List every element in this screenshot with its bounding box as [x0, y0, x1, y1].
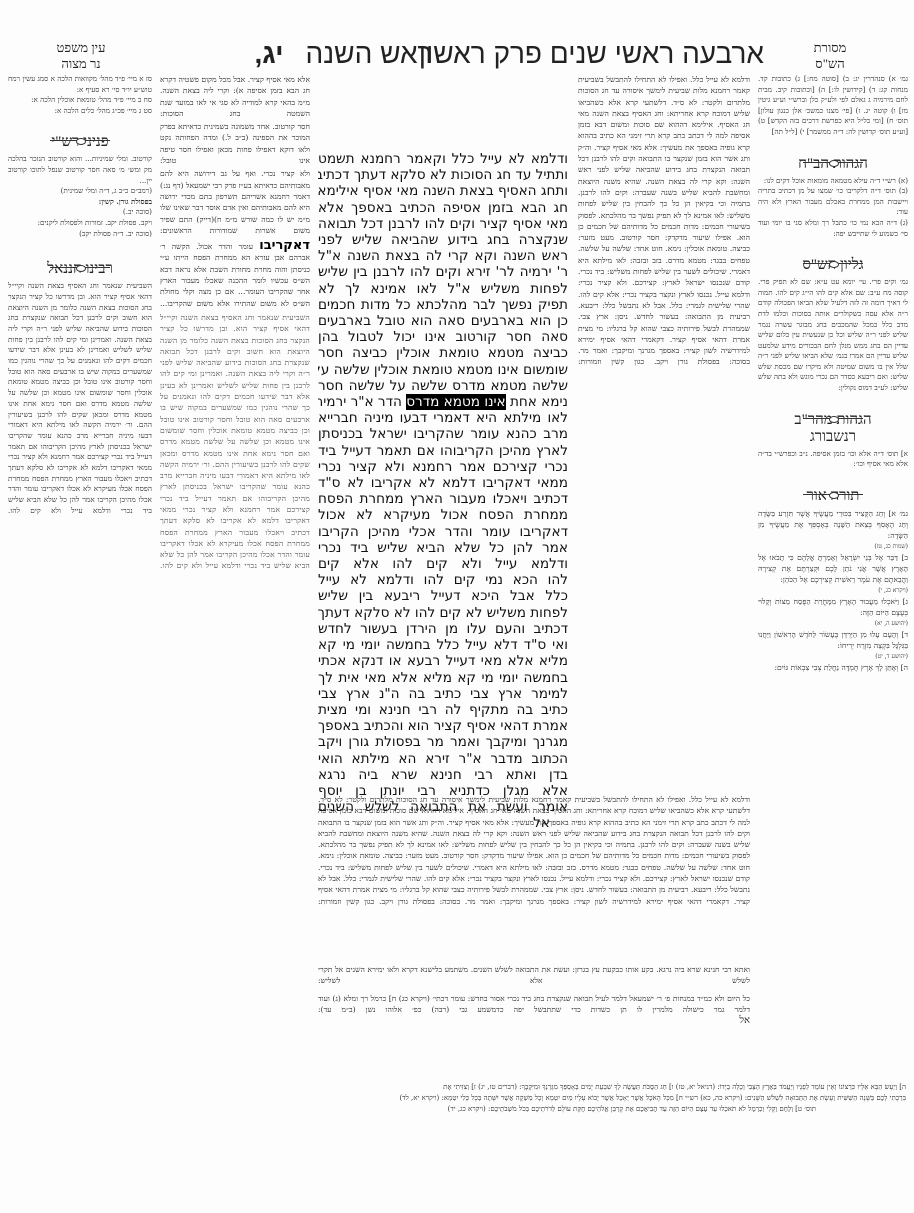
- gemara-text-fragment: נימא אחת: [506, 394, 568, 410]
- torah-or-ref: (שמות כג, טז): [758, 541, 908, 552]
- hashas-label: הש"ס: [800, 56, 860, 72]
- torah-or-entries: גמ׳ א] וְחַג הַקָּצִיר בִּכּוּרֵי מַעֲשֶ…: [758, 508, 908, 673]
- pninei-rashi-entry: בפסולת גורן. קשין:: [8, 197, 152, 208]
- gemara-line: ממחרת הפסח אכול מעיקרא לא אכול: [318, 507, 568, 523]
- tosafot-text: חסר קורטוב. אחד משמונה בשמינית כדאיתא בפ…: [160, 122, 310, 165]
- torah-or-verse: ה] וְאֶתֵּן לָךְ אֶרֶץ חֶמְדָּה נַחֲלַת …: [758, 662, 908, 673]
- gemara-line: מליא אלא מאי דעייל רבעא או דנקא אכתי: [318, 653, 568, 669]
- gemara-line: סאה חסר קורטוב אינו יכול לטבול בהן: [318, 329, 568, 345]
- pninei-rashi-entry: ויקב. פסולת יקב. זמורות ולפסולת ליקנים:: [8, 218, 152, 229]
- torah-or-verse: ב] דַּבֵּר אֶל בְּנֵי יִשְׂרָאֵל וְאָמַר…: [758, 552, 908, 585]
- tosafot-continuation-text: השביעית שנאמר וחג האסיף בצאת השנה וקיי״ל…: [160, 312, 310, 572]
- torah-or-ref: (ויקרא כג, י): [758, 585, 908, 596]
- gemara-line: לפחות משליש לא קים להו לא סלקא דעתך: [318, 605, 568, 621]
- gemara-line: להו הכא נמי קים להו ודלמא לא עייל: [318, 572, 568, 588]
- gemara-line: כביצה מטמא טומאת אוכלין כביצה חסר: [318, 345, 568, 361]
- ornament-divider: [758, 144, 908, 154]
- ornament-divider: [8, 122, 152, 132]
- gemara-line: מרב כהנא עומר שהקריבו ישראל בכניסתן: [318, 426, 568, 442]
- tosafot-text: אלא מאי אסיף קציר. אבל מכל מקום פשטיה דק…: [160, 75, 310, 118]
- ein-mishpat-heading: עין משפט נר מצוה: [46, 40, 116, 72]
- ein-mishpat-entry: סז א מיי׳ פ״ד מהל׳ מקוואות הלכה א סמג עש…: [8, 74, 152, 95]
- daf-number: יג,: [244, 38, 294, 70]
- gemara-line: הכתוב מדבר א"ר זירא הא מילתא הואי: [318, 751, 568, 767]
- rashi-column: ודלמא לא עייל כלל. ואפילו לא התחילו להתב…: [578, 74, 750, 794]
- rashi-bottom-end: ואתא רבי חנינא שרא ביה נרגא. בקע אותו כב…: [318, 964, 750, 1026]
- tosafot-paragraph: ולא קציר נכרי. ואף על גב דירושה היא להם …: [160, 168, 310, 236]
- masoret-hashas-text: גמ׳ א) סנהדרין יג: ב) [סוטה מח:] ג) כתוב…: [758, 74, 908, 138]
- gemara-line: לפחות משליש א"ל לאו אמינא לך לא: [318, 281, 568, 297]
- tractate-title: ראש השנה: [294, 38, 444, 70]
- gemara-line: ותתיל עד חג הסוכות לא סלקא דעתך דכתיב: [318, 167, 568, 183]
- gemara-line: מאי אסיף קציר וקים להו לרבנן דכל תבואה: [318, 216, 568, 232]
- chapter-title: ארבעה ראשי שנים פרק ראשון: [419, 38, 764, 70]
- gemara-line: כתיב בה מתקיף לה רבי חנינא ומי מצית: [318, 702, 568, 718]
- gemara-line: לאו מילתא היא דאמרי דבעו מיניה חברייא: [318, 410, 568, 426]
- gemara-line: ממאי דאקריבו דלמא לא אקריבו לא ס"ד: [318, 475, 568, 491]
- gemara-line: דכתיב והעם עלו מן הירדן בעשור לחדש: [318, 621, 568, 637]
- verse-reference-line: בִּרְכָתִי לָכֶם בַּשָּׁנָה הַשִּׁשִּׁית…: [8, 1093, 906, 1104]
- gemara-line: כלל אבל היכא דעייל ריבעא בין שליש: [318, 588, 568, 604]
- torah-or-ref: (יהושע ה, יא): [758, 618, 908, 629]
- torah-or-verse: ג] וַיֹּאכְלוּ מֵעֲבוּר הָאָרֶץ מִמָּחֳר…: [758, 596, 908, 618]
- ornament-divider: [758, 400, 908, 410]
- pninei-rashi-source: (סוכה יב.): [8, 207, 152, 218]
- tosafot-paragraph: דאקריבו עומר והדר אכול. הקשה ר׳ אברהם אב…: [160, 240, 310, 309]
- pninei-rashi-entries: קורטוב. ומלי שמיניות... והוא קורטוב הנזכ…: [8, 154, 152, 239]
- page-catchword: אל: [318, 1015, 750, 1026]
- gemara-line: מגרנך ומיקבך ואמר מר בפסולת גורן ויקב: [318, 734, 568, 750]
- gemara-line: כן הוא בארבעים סאה הוא טובל בארבעים: [318, 313, 568, 329]
- gemara-line: שלשה מטמא מדרס שלשה על שלשה חסר: [318, 378, 568, 394]
- gemara-line: ותחג האסיף בצאת השנה מאי אסיף אילימא: [318, 183, 568, 199]
- left-margin-column: סז א מיי׳ פ״ד מהל׳ מקוואות הלכה א סמג עש…: [8, 74, 152, 517]
- torah-or-verse: ד] וְהָעָם עָלוּ מִן הַיַּרְדֵּן בֶּעָשׂ…: [758, 629, 908, 651]
- gemara-line: חג הבא בזמן אסיפה הכתיב באספך אלא: [318, 200, 568, 216]
- ein-mishpat-entries: סז א מיי׳ פ״ד מהל׳ מקוואות הלכה א סמג עש…: [8, 74, 152, 116]
- gemara-line: שנקצרה בחג בידוע שהביאה שליש לפני: [318, 232, 568, 248]
- selected-text-highlight[interactable]: אינו מטמא מדרס: [406, 394, 505, 410]
- gemara-line: לארץ מהיכן הקריבוהו אם תאמר דעייל ביד: [318, 443, 568, 459]
- torah-or-verse: גמ׳ א] וְחַג הַקָּצִיר בִּכּוּרֵי מַעֲשֶ…: [758, 508, 908, 541]
- gemara-line: בחמשה יומי מי קא מליא אלא מאי אית לך: [318, 670, 568, 686]
- gemara-text: ודלמא לא עייל כלל וקאמר רחמנא תשמט ותתיל…: [318, 151, 568, 832]
- hagahot-maharav-subtitle: רנשבורג: [758, 429, 908, 446]
- pninei-rashi-source: (רמב״ם כ״ב ג, ד״ה ומלי שמינית): [8, 186, 152, 197]
- masoret-hashas-heading: מסורת הש"ס: [800, 40, 860, 72]
- gemara-line: נכרי קצירכם אמר רחמנא ולא קציר נכרי: [318, 459, 568, 475]
- gemara-line: שומשום אינו מטמא טומאת אוכלין שלשה על: [318, 362, 568, 378]
- tosafot-paragraph: אלא מאי אסיף קציר. אבל מכל מקום פשטיה דק…: [160, 74, 310, 119]
- gemara-line: ודלמא לא עייל כלל וקאמר רחמנא תשמט: [318, 151, 568, 167]
- rashi-text: כל היום ולא כמ״ד במנחות פ׳ ר׳ ישמעאל דלמ…: [318, 993, 750, 1016]
- hagahot-maharav-text: א] תוס׳ ד״ה אלא וכו׳ בזמן אסיפה. נ״ב וכפ…: [758, 449, 908, 470]
- tosafot-dibbur-hamatchil: דאקריבו: [259, 238, 310, 253]
- gilyon-hashas-text: גמ׳ וקים פרי. עי׳ יומא עט ע״א: שם לא תפי…: [758, 277, 908, 394]
- hagahot-habach-entry: (ב) תוס׳ ד״ה דלקריבו כו׳ שמצו על מן דכתי…: [758, 186, 908, 218]
- gemara-line: תפיק נפשך לבר מהלכתא כל מדות חכמים: [318, 297, 568, 313]
- ner-mitzvah-label: נר מצוה: [46, 56, 116, 72]
- ein-mishpat-entry: סח ב מיי׳ פ״ד מהל׳ טומאת אוכלין הלכה א:: [8, 95, 152, 106]
- gemara-line: למימר ארץ צבי כתיב בה ה"נ ארץ צבי: [318, 686, 568, 702]
- gemara-line: אמרת דהאי אסיף קציר הוא והכתיב באספך: [318, 718, 568, 734]
- gemara-line: בדן ואתא רבי חנינא שרא ביה נרגא: [318, 767, 568, 783]
- pninei-rashi-source: (סוכה יב. ד״ה פסולת יקב): [8, 229, 152, 240]
- rashi-text: ודלמא לא עייל כלל. ואפילו לא התחילו להתב…: [578, 75, 750, 366]
- rabbeinu-chananel-text: השביעית שנאמר וחג האסיף בצאת השנה וקיי״ל…: [8, 281, 152, 516]
- ornament-divider: [758, 476, 908, 486]
- pninei-rashi-entry: קורטוב. ומלי שמיניות... והוא קורטוב הנזכ…: [8, 154, 152, 186]
- tosafot-text: ולא קציר נכרי. ואף על גב דירושה היא להם …: [160, 169, 310, 234]
- ein-mishpat-entry: סט ג מיי׳ פכ״ג מהל׳ כלים הלכה א:: [8, 106, 152, 117]
- bottom-verse-references: ה] וְיֵעָשׂ הַבָּא אֵלָיו כִּרְצוֹנוֹ וְ…: [8, 1082, 906, 1115]
- tosafot-text: עומר והדר אכול. הקשה ר׳ אברהם אבן עזרא ה…: [160, 242, 310, 307]
- tosafot-paragraph: חסר קורטוב. אחד משמונה בשמינית כדאיתא בפ…: [160, 121, 310, 166]
- gemara-line: דאקריבו עומר והדר אכלי מהיכן הקריבו: [318, 524, 568, 540]
- ornament-divider: [8, 249, 152, 259]
- hagahot-habach-entry: (ג) ד״ה הכא נמי כו׳ כתבל רך ומלא סני בו …: [758, 218, 908, 239]
- ornament-divider: [758, 245, 908, 255]
- tosafot-column: אלא מאי אסיף קציר. אבל מכל מקום פשטיה דק…: [160, 74, 310, 1034]
- gemara-line: ואי ס"ד דלא עייל כלל בחמשה יומי מי קא: [318, 637, 568, 653]
- right-margin-column: גמ׳ א) סנהדרין יג: ב) [סוטה מח:] ג) כתוב…: [758, 74, 908, 673]
- ein-mishpat-label: עין משפט: [46, 40, 116, 56]
- rashi-text-continued: ודלמא לא עייל כלל. ואפילו לא התחילו להתב…: [318, 794, 750, 907]
- gemara-text-fragment: הדר א"ר ירמיה: [318, 394, 406, 410]
- masoret-label: מסורת: [800, 40, 860, 56]
- verse-reference-line: ה] וְיֵעָשׂ הַבָּא אֵלָיו כִּרְצוֹנוֹ וְ…: [8, 1082, 906, 1093]
- gemara-line-with-selection: נימא אחת אינו מטמא מדרס הדר א"ר ירמיה: [318, 394, 568, 410]
- gemara-line: דכתיב ויאכלו מעבור הארץ ממחרת הפסח: [318, 491, 568, 507]
- gemara-line: ראש השנה וקא קרי לה בצאת השנה א"ל: [318, 248, 568, 264]
- hagahot-habach-entries: (א) רש״י ד״ה עילא מטמאה מומאות אוכל דקים…: [758, 176, 908, 240]
- hagahot-habach-entry: (א) רש״י ד״ה עילא מטמאה מומאות אוכל דקים…: [758, 176, 908, 187]
- gemara-line: ר' ירמיה לר' זירא וקים להו לרבנן בין שלי…: [318, 264, 568, 280]
- torah-or-ref: (יהושע ד, יט): [758, 651, 908, 662]
- gemara-line: ודלמא עייל ולא קים להו אלא קים: [318, 556, 568, 572]
- verse-reference-line: תוס׳ ט] וְלֶחֶם וְקָלִי וְכַרְמֶל לֹא תֹ…: [8, 1104, 906, 1115]
- rashi-text: ואתא רבי חנינא שרא ביה נרגא. בקע אותו כב…: [318, 964, 750, 987]
- gemara-line: אמר להן כל שלא הביא שליש ביד נכרי: [318, 540, 568, 556]
